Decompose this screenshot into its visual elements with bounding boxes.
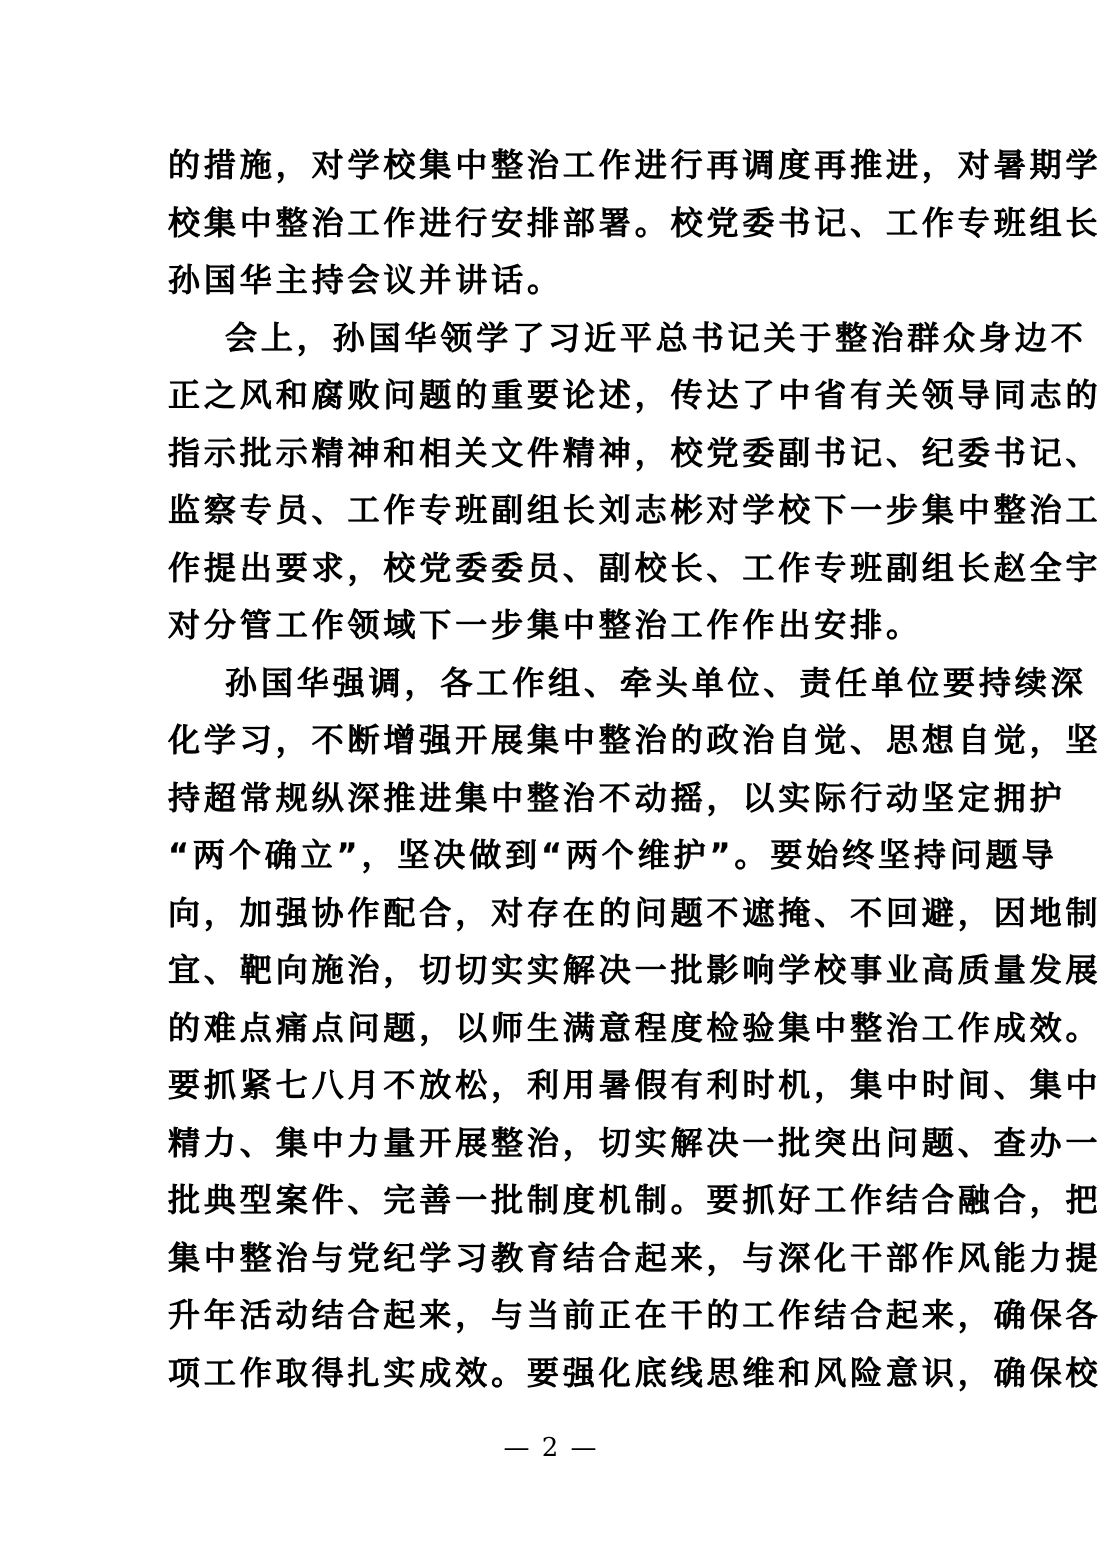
text-line: 监察专员、工作专班副组长刘志彬对学校下一步集中整治工 xyxy=(168,482,938,540)
document-body: 的措施，对学校集中整治工作进行再调度再推进，对暑期学 校集中整治工作进行安排部署… xyxy=(168,137,938,1402)
text-line: 升年活动结合起来，与当前正在干的工作结合起来，确保各 xyxy=(168,1287,938,1345)
text-line: 宜、靶向施治，切切实实解决一批影响学校事业高质量发展 xyxy=(168,942,938,1000)
text-line: 化学习，不断增强开展集中整治的政治自觉、思想自觉，坚 xyxy=(168,712,938,770)
text-line: 项工作取得扎实成效。要强化底线思维和风险意识，确保校 xyxy=(168,1345,938,1403)
text-line: 要抓紧七八月不放松，利用暑假有利时机，集中时间、集中 xyxy=(168,1057,938,1115)
text-line: 批典型案件、完善一批制度机制。要抓好工作结合融合，把 xyxy=(168,1172,938,1230)
text-line: 的措施，对学校集中整治工作进行再调度再推进，对暑期学 xyxy=(168,137,938,195)
text-line: 孙国华主持会议并讲话。 xyxy=(168,252,938,310)
text-line: 持超常规纵深推进集中整治不动摇，以实际行动坚定拥护 xyxy=(168,770,938,828)
text-line: 作提出要求，校党委委员、副校长、工作专班副组长赵全宇 xyxy=(168,540,938,598)
text-line: 集中整治与党纪学习教育结合起来，与深化干部作风能力提 xyxy=(168,1230,938,1288)
text-line: 的难点痛点问题，以师生满意程度检验集中整治工作成效。 xyxy=(168,1000,938,1058)
text-line: “两个确立”，坚决做到“两个维护”。要始终坚持问题导 xyxy=(168,827,938,885)
text-line: 校集中整治工作进行安排部署。校党委书记、工作专班组长 xyxy=(168,195,938,253)
paragraph-first-line: 会上，孙国华领学了习近平总书记关于整治群众身边不 xyxy=(168,310,938,368)
text-line: 指示批示精神和相关文件精神，校党委副书记、纪委书记、 xyxy=(168,425,938,483)
text-line: 向，加强协作配合，对存在的问题不遮掩、不回避，因地制 xyxy=(168,885,938,943)
text-line: 对分管工作领域下一步集中整治工作作出安排。 xyxy=(168,597,938,655)
text-line: 精力、集中力量开展整治，切实解决一批突出问题、查办一 xyxy=(168,1115,938,1173)
page-number: — 2 — xyxy=(0,1428,1102,1468)
document-page: 的措施，对学校集中整治工作进行再调度再推进，对暑期学 校集中整治工作进行安排部署… xyxy=(0,0,1102,1559)
paragraph-first-line: 孙国华强调，各工作组、牵头单位、责任单位要持续深 xyxy=(168,655,938,713)
text-line: 正之风和腐败问题的重要论述，传达了中省有关领导同志的 xyxy=(168,367,938,425)
